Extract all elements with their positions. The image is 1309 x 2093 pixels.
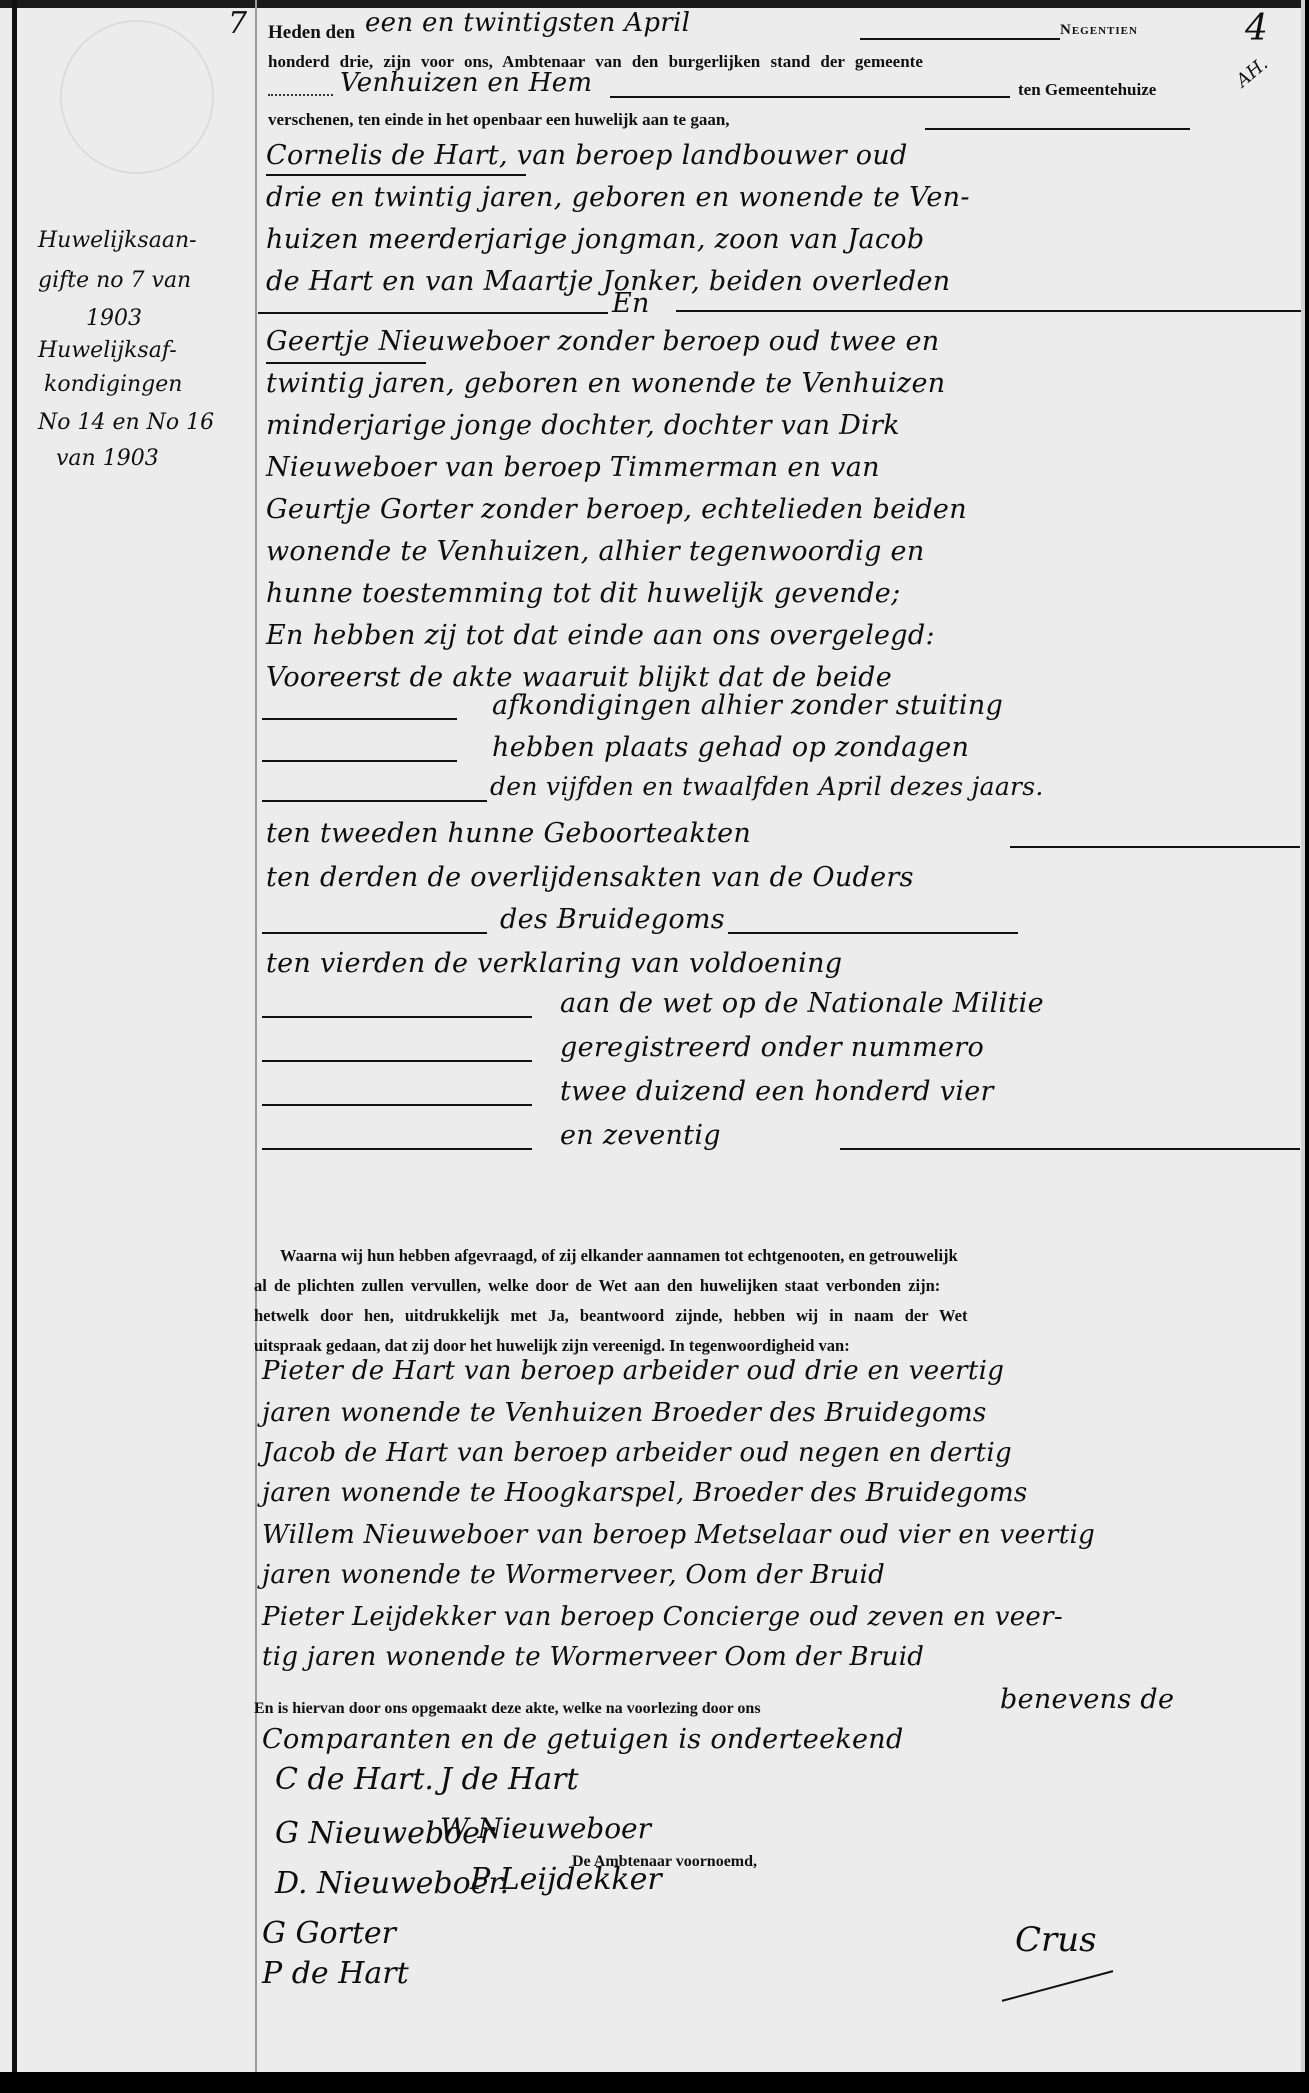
municipality: Venhuizen en Hem [340,68,592,98]
fill-rule [610,96,1010,98]
documents-line: des Bruidegoms [500,904,725,935]
conjunction: En [612,288,650,319]
dotted-fill [268,94,333,96]
margin-note-line: Huwelijksaf- [38,338,177,363]
groom-line: de Hart en van Maartje Jonker, beiden ov… [266,266,950,297]
documents-line: twee duizend een honderd vier [560,1076,994,1107]
fill-rule [262,1104,532,1106]
bride-line: minderjarige jonge dochter, dochter van … [266,410,900,441]
documents-line: Vooreerst de akte waaruit blijkt dat de … [266,662,892,693]
name-underline [266,362,426,364]
final-printed: En is hiervan door ons opgemaakt deze ak… [254,1700,761,1718]
fill-rule [262,1060,532,1062]
fill-rule [262,932,487,934]
header-line-3-suffix: ten Gemeentehuize [1018,80,1156,100]
fill-rule [262,1148,532,1150]
fill-rule [728,932,1018,934]
closing-line: uitspraak gedaan, dat zij door het huwel… [254,1336,850,1356]
header-year-word: Negentien [1060,22,1138,39]
fill-rule [1010,846,1300,848]
signature: G Gorter [262,1916,396,1951]
scan-bottom-edge [0,2072,1309,2093]
signature: C de Hart. [275,1762,434,1797]
bride-line: Nieuweboer van beroep Timmerman en van [266,452,880,483]
bride-line: Geertje Nieuweboer zonder beroep oud twe… [266,326,939,357]
fill-rule [860,38,1060,40]
bride-line: wonende te Venhuizen, alhier tegenwoordi… [266,536,925,567]
documents-line: ten derden de overlijdensakten van de Ou… [266,862,914,893]
civil-marriage-record-page: 7 4 AH. Heden den een en twintigsten Apr… [0,0,1305,2072]
documents-line: en zeventig [560,1120,721,1151]
fill-rule [925,128,1190,130]
closing-line: Waarna wij hun hebben afgevraagd, of zij… [280,1246,958,1266]
margin-note-line: kondigingen [44,372,182,397]
groom-line: drie en twintig jaren, geboren en wonend… [266,182,970,213]
fill-rule [262,1016,532,1018]
signature-flourish [1002,1970,1114,2002]
header-prefix: Heden den [268,22,355,44]
act-number: 7 [228,6,247,41]
page-initials: AH. [1232,53,1272,91]
fill-rule [262,718,457,720]
name-underline [266,174,526,176]
page-number: 4 [1245,8,1268,49]
margin-note-line: Huwelijksaan- [38,228,197,253]
margin-note-line: 1903 [86,306,142,331]
binding-rule [12,0,17,2072]
fill-rule [258,312,608,314]
bride-line: twintig jaren, geboren en wonende te Ven… [266,368,945,399]
witness-line: Willem Nieuweboer van beroep Metselaar o… [262,1520,1095,1550]
witness-line: tig jaren wonende te Wormerveer Oom der … [262,1642,924,1672]
fill-rule [262,760,457,762]
fill-rule [262,800,487,802]
embossed-seal [60,20,214,174]
final-handwritten-tail: benevens de [1000,1684,1174,1715]
documents-line: hebben plaats gehad op zondagen [492,732,969,763]
fill-rule [676,310,1301,312]
final-handwritten-line: Comparanten en de getuigen is onderteeke… [262,1724,904,1755]
signature: J de Hart [440,1762,579,1797]
fill-rule [840,1148,1300,1150]
documents-line: ten tweeden hunne Geboorteakten [266,818,751,849]
closing-line: al de plichten zullen vervullen, welke d… [254,1276,940,1296]
margin-note-line: van 1903 [56,446,159,471]
documents-line: aan de wet op de Nationale Militie [560,988,1044,1019]
official-label: De Ambtenaar voornoemd, [572,1853,757,1871]
header-line-4: verschenen, ten einde in het openbaar ee… [268,110,730,130]
groom-line: Cornelis de Hart, van beroep landbouwer … [266,140,908,171]
margin-note-line: gifte no 7 van [38,268,191,293]
official-signature: Crus [1015,1920,1097,1960]
marriage-date: een en twintigsten April [365,8,690,38]
witness-line: Jacob de Hart van beroep arbeider oud ne… [262,1438,1012,1468]
signature: P de Hart [262,1956,409,1991]
documents-line: afkondigingen alhier zonder stuiting [492,690,1003,721]
groom-line: huizen meerderjarige jongman, zoon van J… [266,224,924,255]
scan-top-edge [0,0,1305,8]
bride-line: Geurtje Gorter zonder beroep, echteliede… [266,494,967,525]
bride-line: hunne toestemming tot dit huwelijk geven… [266,578,900,609]
documents-intro: En hebben zij tot dat einde aan ons over… [266,620,935,651]
witness-line: jaren wonende te Venhuizen Broeder des B… [262,1398,987,1428]
witness-line: jaren wonende te Wormerveer, Oom der Bru… [262,1560,885,1590]
documents-line: geregistreerd onder nummero [560,1032,984,1063]
closing-line: hetwelk door hen, uitdrukkelijk met Ja, … [254,1306,967,1326]
margin-note-line: No 14 en No 16 [38,410,214,435]
witness-line: Pieter Leijdekker van beroep Concierge o… [262,1602,1063,1632]
documents-line: ten vierden de verklaring van voldoening [266,948,842,979]
witness-line: jaren wonende te Hoogkarspel, Broeder de… [262,1478,1028,1508]
documents-line: den vijfden en twaalfden April dezes jaa… [490,772,1044,801]
signature: W Nieuweboer [440,1812,651,1845]
witness-line: Pieter de Hart van beroep arbeider oud d… [262,1356,1004,1386]
margin-rule [255,0,257,2072]
page-right-edge [1301,0,1305,2072]
